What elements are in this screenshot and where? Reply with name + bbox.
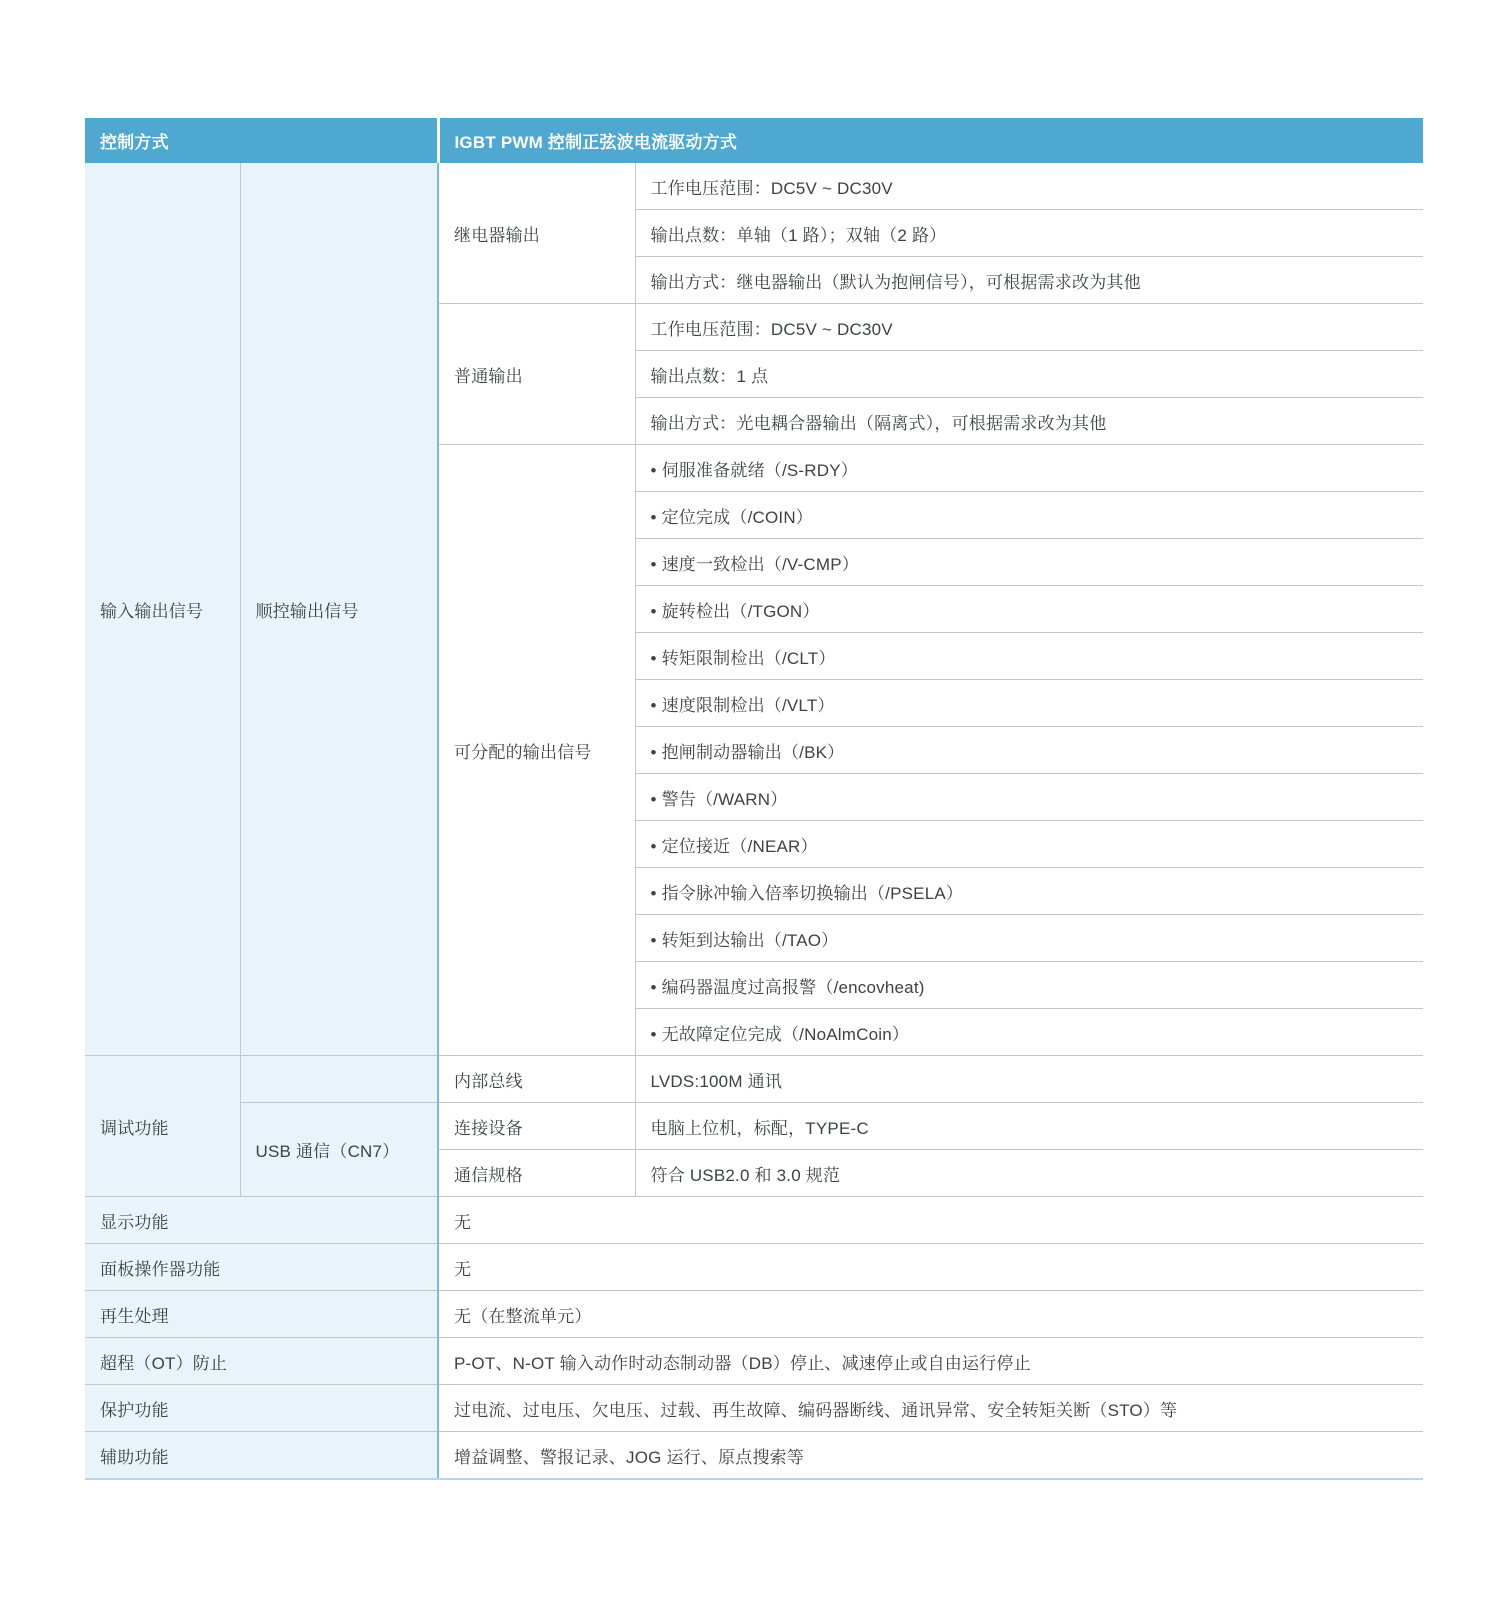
cell-internal-bus-value: LVDS:100M 通讯 [635,1056,1423,1103]
signal-value-cell: • 旋转检出（/TGON） [635,586,1423,633]
signal-value-cell: • 指令脉冲输入倍率切换输出（/PSELA） [635,868,1423,915]
signal-value-cell: • 警告（/WARN） [635,774,1423,821]
cell-assignable-output-label: 可分配的输出信号 [438,445,635,1056]
table-row: 显示功能 无 [85,1197,1423,1244]
cell-debug-function-label: 调试功能 [85,1056,240,1197]
simple-row-label: 再生处理 [85,1291,438,1338]
cell-comm-spec-label: 通信规格 [438,1150,635,1197]
cell-seq-output-signals-label: 顺控输出信号 [240,163,438,1056]
spec-value-cell: 输出方式：继电器输出（默认为抱闸信号），可根据需求改为其他 [635,257,1423,304]
spec-value-cell: 工作电压范围：DC5V ~ DC30V [635,163,1423,210]
table-row: 保护功能 过电流、过电压、欠电压、过载、再生故障、编码器断线、通讯异常、安全转矩… [85,1385,1423,1432]
cell-comm-spec-value: 符合 USB2.0 和 3.0 规范 [635,1150,1423,1197]
header-cell-control-mode: 控制方式 [85,118,438,163]
spec-value-cell: 输出点数：单轴（1 路）；双轴（2 路） [635,210,1423,257]
signal-value-cell: • 伺服准备就绪（/S-RDY） [635,445,1423,492]
signal-value-cell: • 转矩限制检出（/CLT） [635,633,1423,680]
simple-row-value: 无 [438,1244,1423,1291]
simple-row-value: 无（在整流单元） [438,1291,1423,1338]
cell-internal-bus-label: 内部总线 [438,1056,635,1103]
header-row: 控制方式 IGBT PWM 控制正弦波电流驱动方式 [85,118,1423,163]
simple-row-value: 增益调整、警报记录、JOG 运行、原点搜索等 [438,1432,1423,1479]
simple-row-value: 过电流、过电压、欠电压、过载、再生故障、编码器断线、通讯异常、安全转矩关断（ST… [438,1385,1423,1432]
cell-usb-comm-label: USB 通信（CN7） [240,1103,438,1197]
table-row: 再生处理 无（在整流单元） [85,1291,1423,1338]
simple-row-value: 无 [438,1197,1423,1244]
simple-row-label: 保护功能 [85,1385,438,1432]
table-row: 调试功能 内部总线 LVDS:100M 通讯 [85,1056,1423,1103]
signal-value-cell: • 定位完成（/COIN） [635,492,1423,539]
signal-value-cell: • 转矩到达输出（/TAO） [635,915,1423,962]
table-row: 输入输出信号 顺控输出信号 继电器输出 工作电压范围：DC5V ~ DC30V [85,163,1423,210]
header-cell-control-value: IGBT PWM 控制正弦波电流驱动方式 [438,118,1423,163]
cell-debug-sub-empty [240,1056,438,1103]
simple-row-label: 超程（OT）防止 [85,1338,438,1385]
simple-row-label: 显示功能 [85,1197,438,1244]
page-root: 控制方式 IGBT PWM 控制正弦波电流驱动方式 输入输出信号 顺控输出信号 … [0,0,1505,1600]
signal-value-cell: • 无故障定位完成（/NoAlmCoin） [635,1009,1423,1056]
table-row: 面板操作器功能 无 [85,1244,1423,1291]
spec-value-cell: 输出点数：1 点 [635,351,1423,398]
signal-value-cell: • 抱闸制动器输出（/BK） [635,727,1423,774]
cell-connect-device-value: 电脑上位机，标配，TYPE-C [635,1103,1423,1150]
simple-row-label: 辅助功能 [85,1432,438,1479]
signal-value-cell: • 速度限制检出（/VLT） [635,680,1423,727]
cell-relay-output-label: 继电器输出 [438,163,635,304]
spec-value-cell: 工作电压范围：DC5V ~ DC30V [635,304,1423,351]
spec-table: 控制方式 IGBT PWM 控制正弦波电流驱动方式 输入输出信号 顺控输出信号 … [85,118,1423,1478]
simple-row-label: 面板操作器功能 [85,1244,438,1291]
table-row: 超程（OT）防止 P-OT、N-OT 输入动作时动态制动器（DB）停止、减速停止… [85,1338,1423,1385]
signal-value-cell: • 编码器温度过高报警（/encovheat) [635,962,1423,1009]
simple-row-value: P-OT、N-OT 输入动作时动态制动器（DB）停止、减速停止或自由运行停止 [438,1338,1423,1385]
spec-table-wrap: 控制方式 IGBT PWM 控制正弦波电流驱动方式 输入输出信号 顺控输出信号 … [85,118,1423,1480]
cell-io-signals-label: 输入输出信号 [85,163,240,1056]
table-row: 辅助功能 增益调整、警报记录、JOG 运行、原点搜索等 [85,1432,1423,1479]
signal-value-cell: • 定位接近（/NEAR） [635,821,1423,868]
spec-value-cell: 输出方式：光电耦合器输出（隔离式），可根据需求改为其他 [635,398,1423,445]
table-row: USB 通信（CN7） 连接设备 电脑上位机，标配，TYPE-C [85,1103,1423,1150]
cell-connect-device-label: 连接设备 [438,1103,635,1150]
cell-common-output-label: 普通输出 [438,304,635,445]
signal-value-cell: • 速度一致检出（/V-CMP） [635,539,1423,586]
